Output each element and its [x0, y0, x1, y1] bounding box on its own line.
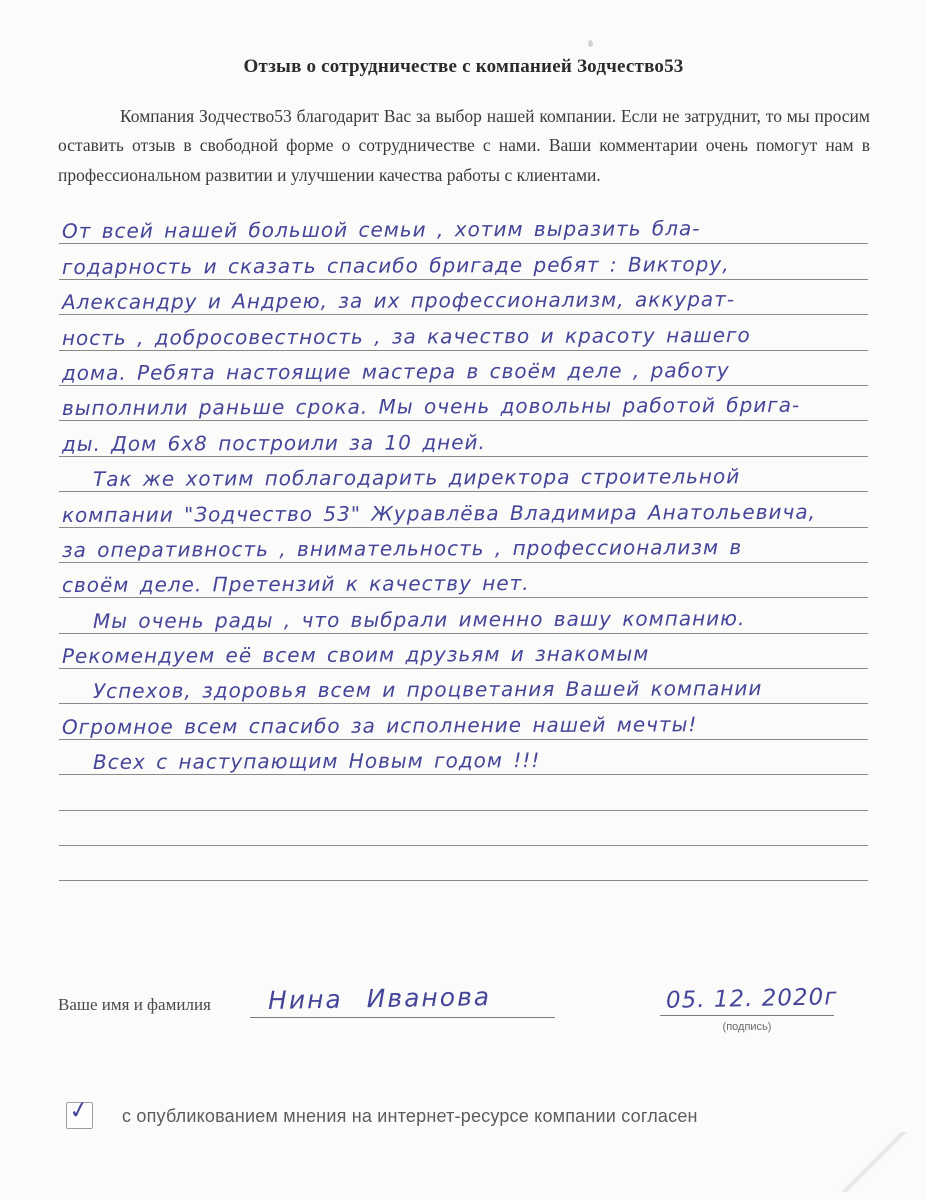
- document-title: Отзыв о сотрудничестве с компанией Зодче…: [0, 55, 927, 79]
- ruled-line: [59, 846, 868, 881]
- ruled-line: [59, 775, 868, 810]
- consent-checkbox: ✓: [66, 1102, 93, 1129]
- name-field-label: Ваше имя и фамилия: [58, 995, 211, 1015]
- ruled-line: компании "Зодчество 53" Журавлёва Владим…: [59, 492, 868, 527]
- handwritten-text: Мы очень рады , что выбрали именно вашу …: [93, 606, 745, 633]
- ruled-line: Александру и Андрею, за их профессионали…: [59, 280, 868, 315]
- ruled-line: годарность и сказать спасибо бригаде реб…: [59, 244, 868, 279]
- name-underline: [250, 1017, 555, 1018]
- handwritten-text: Так же хотим поблагодарить директора стр…: [93, 464, 740, 491]
- handwritten-text: своём деле. Претензий к качеству нет.: [62, 571, 530, 597]
- handwritten-text: Огромное всем спасибо за исполнение наше…: [62, 712, 698, 739]
- date-handwriting: 05. 12. 2020г: [666, 984, 838, 1014]
- scan-artifact-dot: [588, 40, 593, 47]
- intro-paragraph: Компания Зодчество53 благодарит Вас за в…: [58, 102, 870, 190]
- handwritten-text: годарность и сказать спасибо бригаде реб…: [62, 252, 730, 279]
- ruled-line: ды. Дом 6х8 построили за 10 дней.: [59, 421, 868, 456]
- ruled-line: Всех с наступающим Новым годом !!!: [59, 740, 868, 775]
- handwritten-text: дома. Ребята настоящие мастера в своём д…: [62, 358, 730, 385]
- ruled-line: Мы очень рады , что выбрали именно вашу …: [59, 598, 868, 633]
- signature-caption: (подпись): [660, 1021, 834, 1033]
- scanned-review-form: Отзыв о сотрудничестве с компанией Зодче…: [0, 0, 927, 1200]
- signature-underline: [660, 1015, 834, 1016]
- name-handwriting: Нина Иванова: [268, 982, 492, 1015]
- ruled-line: Рекомендуем её всем своим друзьям и знак…: [59, 634, 868, 669]
- ruled-line: Успехов, здоровья всем и процветания Ваш…: [59, 669, 868, 704]
- review-lines: От всей нашей большой семьи , хотим выра…: [59, 209, 868, 881]
- ruled-line: От всей нашей большой семьи , хотим выра…: [59, 209, 868, 244]
- ruled-line: [59, 811, 868, 846]
- checkmark-icon: ✓: [67, 1094, 92, 1125]
- handwritten-text: Успехов, здоровья всем и процветания Ваш…: [93, 677, 763, 704]
- handwritten-text: выполнили раньше срока. Мы очень довольн…: [62, 393, 800, 420]
- ruled-line: выполнили раньше срока. Мы очень довольн…: [59, 386, 868, 421]
- handwritten-text: Всех с наступающим Новым годом !!!: [93, 748, 541, 774]
- handwritten-text: ность , добросовестность , за качество и…: [62, 323, 751, 350]
- handwritten-text: Рекомендуем её всем своим друзьям и знак…: [62, 642, 649, 669]
- scan-artifact-corner: [839, 1132, 909, 1192]
- handwritten-text: за оперативность , внимательность , проф…: [62, 535, 742, 562]
- consent-label: с опубликованием мнения на интернет-ресу…: [122, 1106, 698, 1127]
- handwritten-text: От всей нашей большой семьи , хотим выра…: [62, 217, 701, 244]
- ruled-line: Огромное всем спасибо за исполнение наше…: [59, 704, 868, 739]
- ruled-line: за оперативность , внимательность , проф…: [59, 528, 868, 563]
- ruled-line: своём деле. Претензий к качеству нет.: [59, 563, 868, 598]
- ruled-line: дома. Ребята настоящие мастера в своём д…: [59, 351, 868, 386]
- handwritten-text: компании "Зодчество 53" Журавлёва Владим…: [62, 499, 816, 526]
- ruled-line: ность , добросовестность , за качество и…: [59, 315, 868, 350]
- handwritten-text: Александру и Андрею, за их профессионали…: [62, 287, 735, 314]
- ruled-line: Так же хотим поблагодарить директора стр…: [59, 457, 868, 492]
- handwritten-text: ды. Дом 6х8 построили за 10 дней.: [62, 430, 486, 456]
